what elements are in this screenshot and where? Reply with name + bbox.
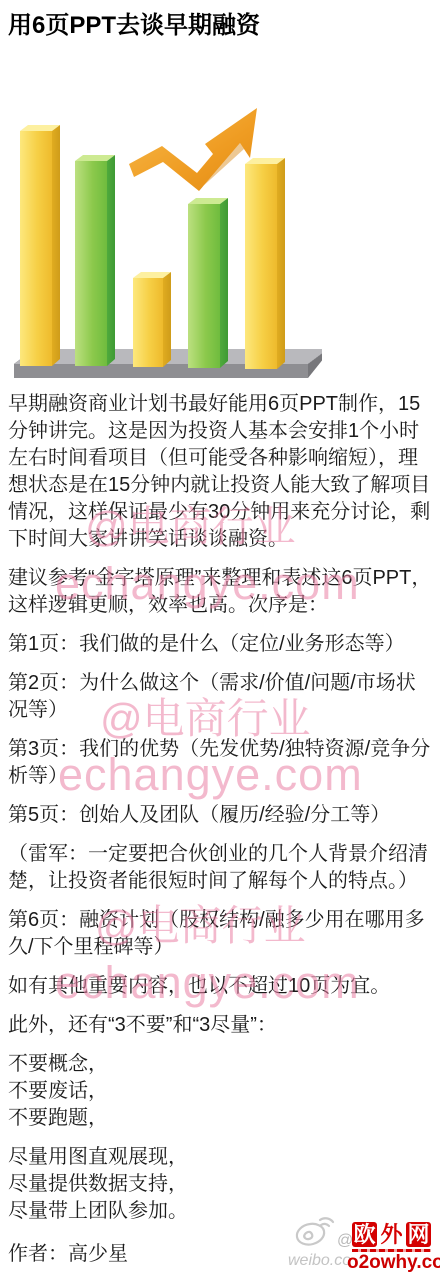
donts-list: 不要概念， 不要废话， 不要跑题， [8, 1051, 433, 1132]
weibo-url-fragment: weibo.co [288, 1252, 351, 1270]
bar-chart-illustration [10, 96, 322, 388]
paragraph-page5: 第5页：创始人及团队（履历/经验/分工等） [8, 802, 433, 829]
trend-arrow-icon [129, 108, 257, 191]
logo-char: 欧 [352, 1222, 377, 1247]
page-title: 用6页PPT去谈早期融资 [8, 5, 260, 40]
paragraph-page2: 第2页：为什么做这个（需求/价值/问题/市场状况等） [8, 670, 433, 724]
paragraph-page6: 第6页：融资计划（股权结构/融多少用在哪用多久/下个里程碑等） [8, 907, 433, 961]
dont-item: 不要概念， [8, 1051, 433, 1078]
paragraph-pyramid: 建议参考“金字塔原理”来整理和表述这6页PPT，这样逻辑更顺，效率也高。次序是： [8, 565, 433, 619]
bar-4 [188, 198, 228, 368]
dos-list: 尽量用图直观展现， 尽量提供数据支持， 尽量带上团队参加。 [8, 1144, 433, 1225]
bar-5 [245, 158, 285, 369]
paragraph-rules-intro: 此外，还有“3不要”和“3尽量”： [8, 1012, 433, 1039]
paragraph-page1: 第1页：我们做的是什么（定位/业务形态等） [8, 631, 433, 658]
weibo-icon [294, 1212, 336, 1253]
paragraph-intro: 早期融资商业计划书最好能用6页PPT制作，15分钟讲完。这是因为投资人基本会安排… [8, 391, 433, 553]
bar-2 [75, 155, 115, 366]
paragraph-limit: 如有其他重要内容，也以不超过10页为宜。 [8, 973, 433, 1000]
do-item: 尽量提供数据支持， [8, 1171, 433, 1198]
o2owhy-logo: 欧外网 [352, 1222, 431, 1247]
logo-char: 外 [379, 1222, 404, 1247]
bar-chart-svg [10, 96, 322, 388]
logo-char: 网 [406, 1222, 431, 1247]
article-body: 早期融资商业计划书最好能用6页PPT制作，15分钟讲完。这是因为投资人基本会安排… [8, 391, 433, 1276]
do-item: 尽量用图直观展现， [8, 1144, 433, 1171]
o2owhy-site-text: o2owhy.com [347, 1252, 440, 1274]
bar-1 [20, 125, 60, 366]
paragraph-page3: 第3页：我们的优势（先发优势/独特资源/竞争分析等） [8, 736, 433, 790]
do-item: 尽量带上团队参加。 [8, 1198, 433, 1225]
dont-item: 不要跑题， [8, 1105, 433, 1132]
bar-3 [133, 272, 171, 367]
paragraph-leijun-quote: （雷军：一定要把合伙创业的几个人背景介绍清楚，让投资者能很短时间了解每个人的特点… [8, 841, 433, 895]
dont-item: 不要废话， [8, 1078, 433, 1105]
